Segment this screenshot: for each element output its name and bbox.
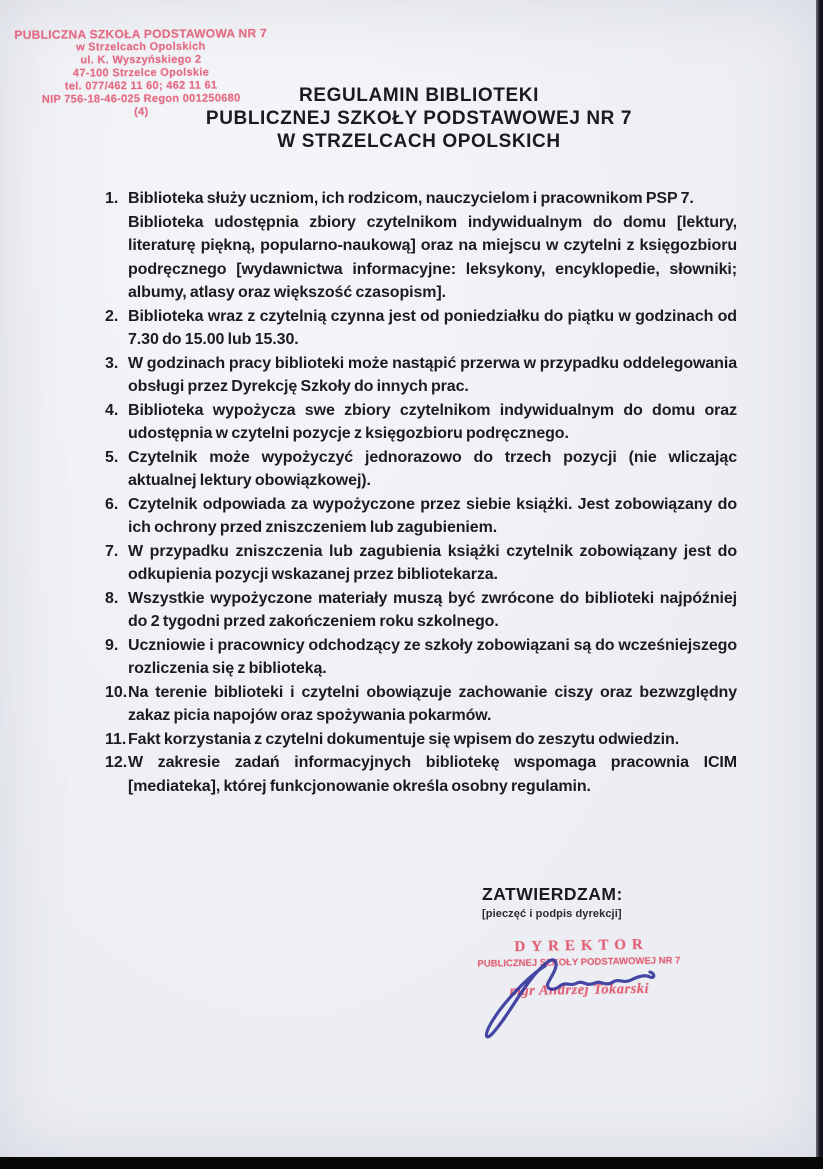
rule-text: Czytelnik odpowiada za wypożyczone przez… (128, 496, 737, 537)
rule-item: 10.Na terenie biblioteki i czytelni obow… (105, 681, 737, 728)
rule-text: Czytelnik może wypożyczyć jednorazowo do… (128, 449, 737, 490)
rule-number: 11. (105, 728, 126, 752)
rule-item: 7.W przypadku zniszczenia lub zagubienia… (105, 540, 737, 587)
title-line-2: PUBLICZNEJ SZKOŁY PODSTAWOWEJ NR 7 (103, 107, 735, 130)
rule-item: 12.W zakresie zadań informacyjnych bibli… (105, 751, 737, 798)
rule-number: 1. (105, 187, 118, 211)
rule-text: W przypadku zniszczenia lub zagubienia k… (128, 543, 737, 584)
rule-number: 8. (105, 587, 118, 611)
paper-sheet: PUBLICZNA SZKOŁA PODSTAWOWA NR 7 w Strze… (0, 0, 816, 1157)
approval-block: ZATWIERDZAM: [pieczęć i podpis dyrekcji] (482, 884, 623, 920)
rule-text: W godzinach pracy biblioteki może nastąp… (128, 355, 737, 396)
rule-item: 8.Wszystkie wypożyczone materiały muszą … (105, 587, 737, 634)
scan-edge-right (816, 0, 823, 1157)
rule-text: Uczniowie i pracownicy odchodzący ze szk… (128, 637, 737, 678)
rule-text: Biblioteka służy uczniom, ich rodzicom, … (128, 190, 737, 301)
rule-text: Biblioteka wraz z czytelnią czynna jest … (128, 308, 737, 349)
rule-text: Wszystkie wypożyczone materiały muszą by… (128, 590, 737, 631)
rule-number: 10. (105, 681, 127, 705)
title-line-3: W STRZELCACH OPOLSKICH (103, 130, 735, 153)
stamp-line-school-name: PUBLICZNA SZKOŁA PODSTAWOWA NR 7 (12, 27, 270, 42)
rule-number: 3. (105, 352, 118, 376)
rule-item: 11.Fakt korzystania z czytelni dokumentu… (105, 728, 737, 752)
rule-number: 6. (105, 493, 118, 517)
rule-text: W zakresie zadań informacyjnych bibliote… (128, 754, 737, 795)
approval-note: [pieczęć i podpis dyrekcji] (482, 908, 623, 920)
rule-number: 5. (105, 446, 118, 470)
rule-item: 2.Biblioteka wraz z czytelnią czynna jes… (105, 305, 737, 352)
rule-item: 9.Uczniowie i pracownicy odchodzący ze s… (105, 634, 737, 681)
title-line-1: REGULAMIN BIBLIOTEKI (103, 84, 735, 107)
rule-item: 6.Czytelnik odpowiada za wypożyczone prz… (105, 493, 737, 540)
rule-item: 1.Biblioteka służy uczniom, ich rodzicom… (105, 187, 737, 305)
rules-list: 1.Biblioteka służy uczniom, ich rodzicom… (105, 187, 737, 798)
rule-number: 9. (105, 634, 118, 658)
rule-text: Fakt korzystania z czytelni dokumentuje … (128, 731, 679, 748)
rule-number: 7. (105, 540, 118, 564)
scanned-document-page: PUBLICZNA SZKOŁA PODSTAWOWA NR 7 w Strze… (0, 0, 823, 1169)
rule-text: Na terenie biblioteki i czytelni obowiąz… (128, 684, 737, 725)
rule-number: 12. (105, 751, 127, 775)
rule-item: 4.Biblioteka wypożycza swe zbiory czytel… (105, 399, 737, 446)
rule-number: 4. (105, 399, 118, 423)
rule-item: 3.W godzinach pracy biblioteki może nast… (105, 352, 737, 399)
rule-text: Biblioteka wypożycza swe zbiory czytelni… (128, 402, 737, 443)
signature-ink (452, 935, 682, 1050)
rule-number: 2. (105, 305, 118, 329)
rule-item: 5.Czytelnik może wypożyczyć jednorazowo … (105, 446, 737, 493)
document-title: REGULAMIN BIBLIOTEKI PUBLICZNEJ SZKOŁY P… (103, 84, 735, 153)
approval-heading: ZATWIERDZAM: (482, 884, 623, 905)
